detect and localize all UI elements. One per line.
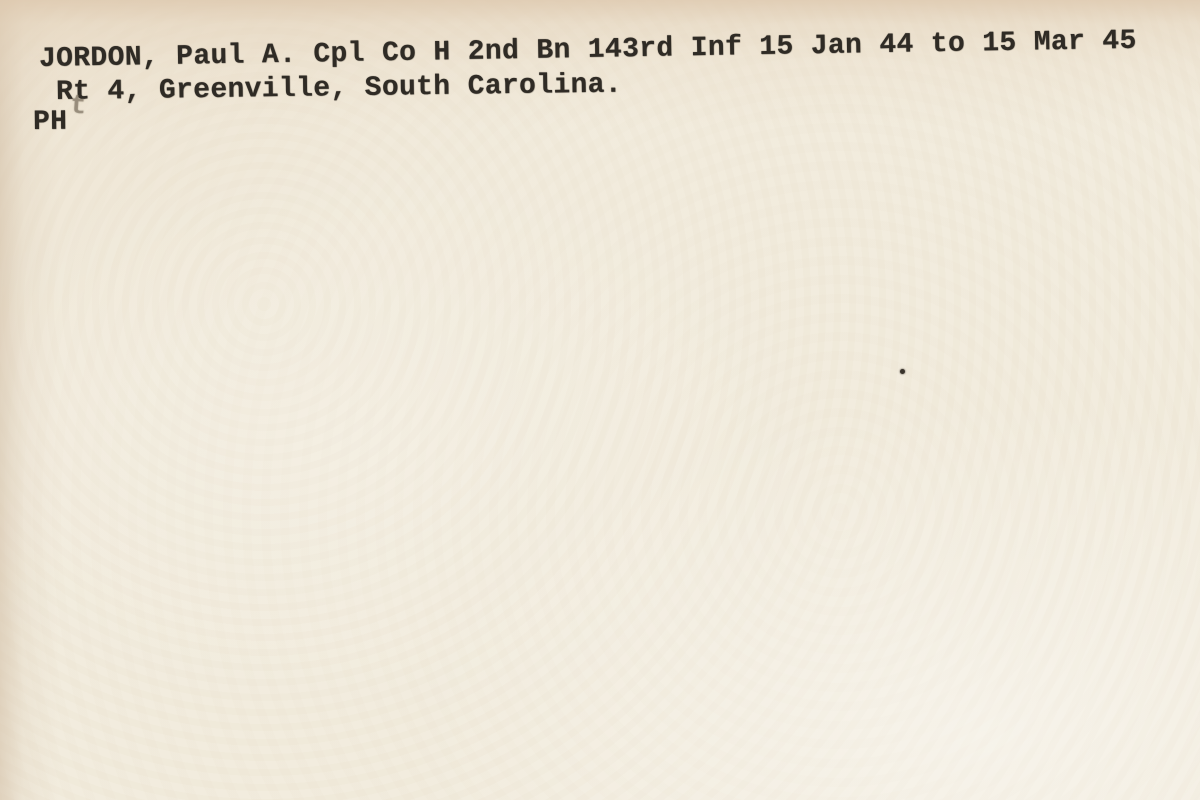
- award-abbreviation-line: PH: [33, 109, 68, 137]
- name-rank-unit-service-dates-line: JORDON, Paul A. Cpl Co H 2nd Bn 143rd In…: [39, 28, 1137, 74]
- ink-speck: [900, 369, 905, 374]
- ghost-double-strike-mark: t: [69, 93, 87, 121]
- scanned-index-card: JORDON, Paul A. Cpl Co H 2nd Bn 143rd In…: [0, 0, 1200, 800]
- address-line: Rt 4, Greenville, South Carolina.: [56, 72, 622, 107]
